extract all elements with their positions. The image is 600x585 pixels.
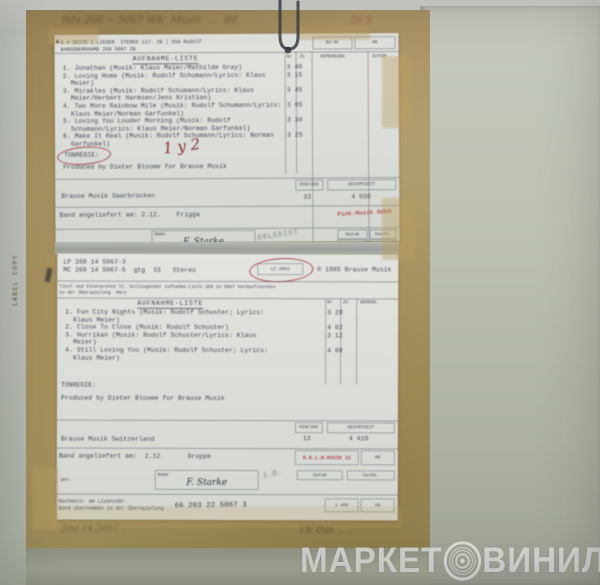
doc2-signature: F. Starke [186,477,227,487]
doc2-header-line2: MC 268 14 5067-5 gtg 33 Stereo [63,267,196,275]
doc1-col-bemerkung-label: BEMERKUNG [321,54,345,59]
doc2-col-zt-label: Zt [343,300,348,305]
doc2-rule-bottom [57,494,398,496]
doc2-duration-1: 3 28 [327,309,343,317]
side-label-copy-text: LABEL COPY [12,254,19,306]
doc2-stamp-box-b: WK [361,450,395,465]
doc1-rule-band [55,205,399,208]
doc2-duration-4: 4 08 [327,347,343,355]
record-sleeve-right-panel [420,6,600,585]
doc2-band-row: Band angeliefert am: 2.12. Gruppe [59,453,211,461]
doc2-stamp-box-b-text: WK [375,455,380,460]
doc2-info-line2: in der Überspielung März [59,291,127,296]
doc1-handwritten-mark: 1 y 2 [162,135,201,158]
doc2-rule-mid [57,420,398,422]
doc1-head-cell-b-text: WK [372,40,377,45]
doc2-tonregie-label: TONREGIE: [61,382,96,390]
top-band-handwriting: Bds 268 ~ 5067 WK Musik ... lfd [62,15,237,26]
doc2-sachb-cell: Sachb. [347,470,395,480]
doc1-total-head-cell: GESAMTZEIT [327,179,396,190]
doc1-signature-box-label: Name [154,232,165,237]
top-band-red-mark: 26.9 [350,15,372,26]
doc1-band-row: Band angeliefert am: 2.12. Frigga [59,211,199,219]
doc2-total-value: 4 410 [349,435,369,443]
doc2-col-nr-label: Nr [327,300,332,305]
doc2-red-stamp-text: R.B.L.B-MUSIK 33 [303,455,351,461]
doc1-duration-1: 3 40 [287,64,303,72]
doc1-track-5: 5. Loving You Louder Morning (Musik: Rud… [63,117,283,133]
tape-piece-top-left [48,28,98,44]
doc2-rule-band [57,448,398,450]
doc2-track-4: 4. Still Loving You (Musik: Rudolf Schus… [65,347,281,363]
doc2-copyright-line: ℗ 1985 Brause Musik [317,266,391,274]
tape-piece-right-upper [382,56,412,128]
marketplace-watermark: МАРКЕТ ВИНИЛА [300,540,583,582]
doc2-minutes-head-text: MIN/SEK [299,425,318,430]
tape-piece-right-mid [382,198,416,260]
doc2-publisher-line: Brause Musik Switzerland [61,436,155,444]
doc2-track-list: 1. Fun City Nights (Musik: Rudolf Schust… [65,309,281,363]
bottom-band-ink-marks: i.V. Oas . .. [300,526,354,536]
doc2-gray-stamp: i.O. [262,469,282,481]
doc2-column-rule-3 [356,298,357,384]
doc1-datum-cell-text: Datum [346,232,360,237]
doc1-column-rule-3 [312,52,314,242]
doc2-sig-prefix: gez. [61,478,72,483]
doc1-produced-line: Produced by Dieter Bloome for Brause Mus… [63,163,227,171]
label-copy-sheet-2: LP 268 14 5067-3 MC 268 14 5067-5 gtg 33… [57,254,399,521]
doc2-rule-top [57,281,398,283]
doc2-col-bemerkung-label: BEMERK. [360,300,379,305]
watermark-word-left: МАРКЕТ [300,541,442,581]
doc1-list-title: AUFNAHME-LISTE [133,55,199,64]
bottom-band-handwriting: Jms 14 5067 . . . [62,524,136,534]
doc1-track-2: 2. Loving Home (Musik: Rudolf Schumann/L… [63,71,283,87]
doc2-list-title: AUFNAHME-LISTE [137,300,203,309]
paperclip-icon [268,0,308,58]
doc1-minutes-value: 33 [303,194,311,202]
doc2-duration-2: 4 02 [327,324,343,332]
photo-of-record-sleeve: Bds 268 ~ 5067 WK Musik ... lfd 26.9 LAB… [0,0,600,585]
vinyl-record-icon [442,540,482,582]
doc2-info-line1: Titel und Interpreten lt. beiliegender A… [59,285,275,291]
doc1-minutes-head-cell: MIN/SEK [295,179,323,190]
doc2-red-stamp-box: R.B.L.B-MUSIK 33 [295,450,359,465]
doc1-duration-5: 3 30 [287,117,303,125]
doc1-duration-6: 3 25 [287,132,303,140]
doc2-sachb-cell-text: Sachb. [363,473,379,478]
doc2-signature-box-label: Name [158,472,169,477]
paperclip [268,0,308,63]
doc1-datum-cell: Datum [337,229,367,239]
doc1-gray-stamp: ERLEDIGT [257,229,299,243]
doc1-minutes-head-text: MIN/SEK [300,183,319,188]
doc1-head-cell-a-text: Bd-Nr [326,40,340,45]
doc1-publisher-line: Brause Musik Saarbrücken [61,192,155,200]
doc1-tonregie-label: TONREGIE: [64,152,99,160]
sheet-gap-shadow-band [55,242,399,254]
label-copy-sheet-1: ▲ A 4 SEITE 1 LIEDER STEREO 117- IB | US… [54,33,399,243]
doc2-datum-cell-text: Datum [313,473,327,478]
doc2-total-head-text: GESAMTZEIT [347,425,374,430]
doc1-track-4: 4. Two More Rainbow Mile (Musik: Rudolf … [63,102,283,118]
doc2-total-head-cell: GESAMTZEIT [327,422,395,433]
watermark-word-right: ВИНИЛА [482,541,600,581]
doc1-duration-2: 3 15 [287,72,303,80]
doc2-minutes-value: 13 [303,435,311,443]
doc2-minutes-head-cell: MIN/SEK [295,422,323,433]
doc2-red-circle [249,257,314,284]
doc2-column-rule-1 [325,298,326,384]
doc1-track-3: 3. Mirakles (Musik: Rudolf Schumann/Lyri… [63,86,283,102]
doc1-total-value: 4 650 [351,193,371,201]
doc1-track-list: 1. Jonathan (Musik: Klaus Meier/Mathilde… [63,64,283,149]
doc2-track-1: 1. Fun City Nights (Musik: Rudolf Schust… [65,309,281,325]
doc2-produced-line: Produced by Dieter Bloome for Brause Mus… [61,395,225,403]
doc1-total-head-text: GESAMTZEIT [348,182,375,187]
doc2-header-line1: LP 268 14 5067-3 [63,259,125,267]
doc2-duration-3: 3 12 [327,332,343,340]
doc2-rule-list [57,298,398,300]
tape-piece-top-right [298,26,370,40]
doc2-datum-cell: Datum [297,470,343,480]
doc1-duration-4: 3 05 [287,102,303,110]
doc1-duration-3: 3 45 [287,87,303,95]
doc2-signature-box: Name F. Starke [155,470,259,490]
doc2-track-3: 3. Hurrikan (Musik: Rudolf Schuster/Lyri… [65,331,281,347]
